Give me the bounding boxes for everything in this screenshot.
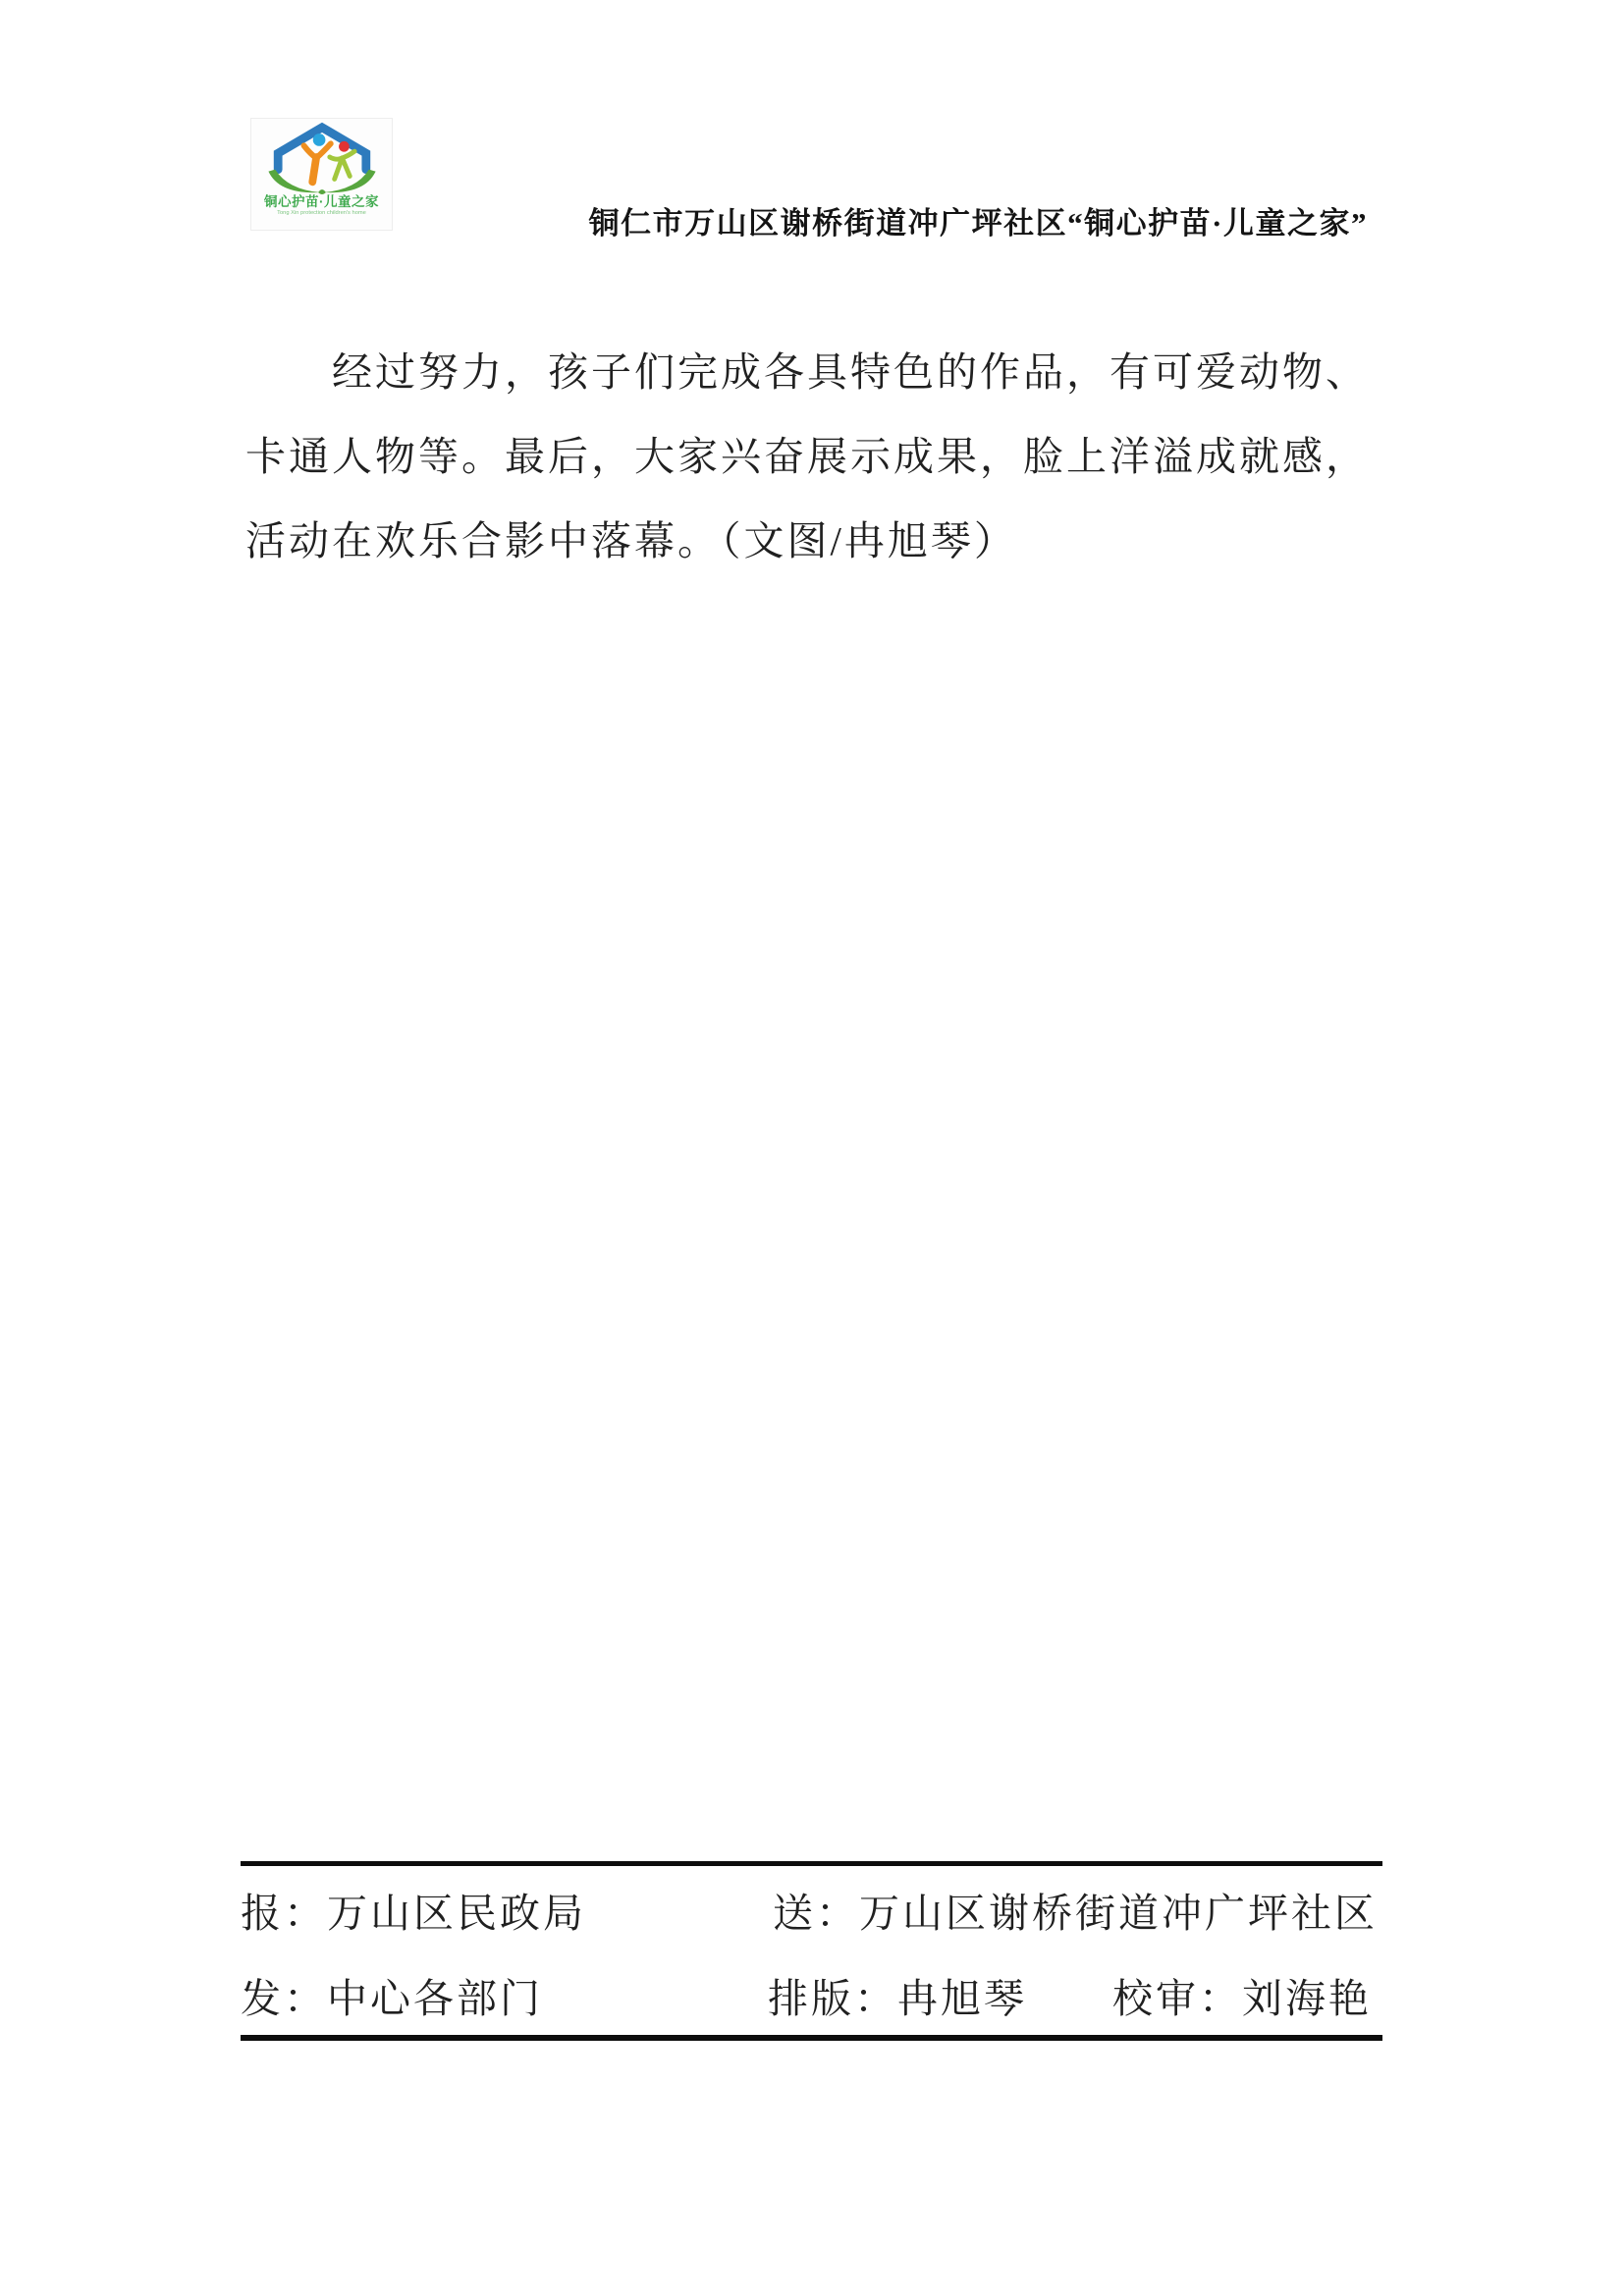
body-paragraph: 经过努力，孩子们完成各具特色的作品，有可爱动物、 卡通人物等。最后，大家兴奋展示… <box>245 330 1386 583</box>
logo-cn-text: 铜心护苗·儿童之家 <box>251 194 392 209</box>
footer-review-line: 校审：刘海艳 <box>1112 1966 1372 2024</box>
footer-top-rule <box>241 1861 1382 1866</box>
footer-issue-line: 发：中心各部门 <box>241 1966 543 2024</box>
body-line: 卡通人物等。最后，大家兴奋展示成果，脸上洋溢成就感， <box>245 414 1386 499</box>
document-page: 铜心护苗·儿童之家 Tong Xin protection children's… <box>0 0 1624 2296</box>
footer-send-line: 送：万山区谢桥街道冲广坪社区 <box>773 1881 1378 1939</box>
body-line: 经过努力，孩子们完成各具特色的作品，有可爱动物、 <box>245 330 1386 414</box>
footer-bottom-rule <box>241 2035 1382 2041</box>
logo-en-text: Tong Xin protection children's home <box>264 209 379 216</box>
logo-house-children-icon <box>253 120 391 194</box>
document-header-title: 铜仁市万山区谢桥街道冲广坪社区“铜心护苗·儿童之家” <box>589 198 1368 242</box>
body-line: 活动在欢乐合影中落幕。（文图/冉旭琴） <box>245 499 1386 583</box>
org-logo: 铜心护苗·儿童之家 Tong Xin protection children's… <box>250 118 393 231</box>
footer-layout-line: 排版：冉旭琴 <box>768 1966 1027 2024</box>
footer-report-line: 报：万山区民政局 <box>241 1881 586 1939</box>
